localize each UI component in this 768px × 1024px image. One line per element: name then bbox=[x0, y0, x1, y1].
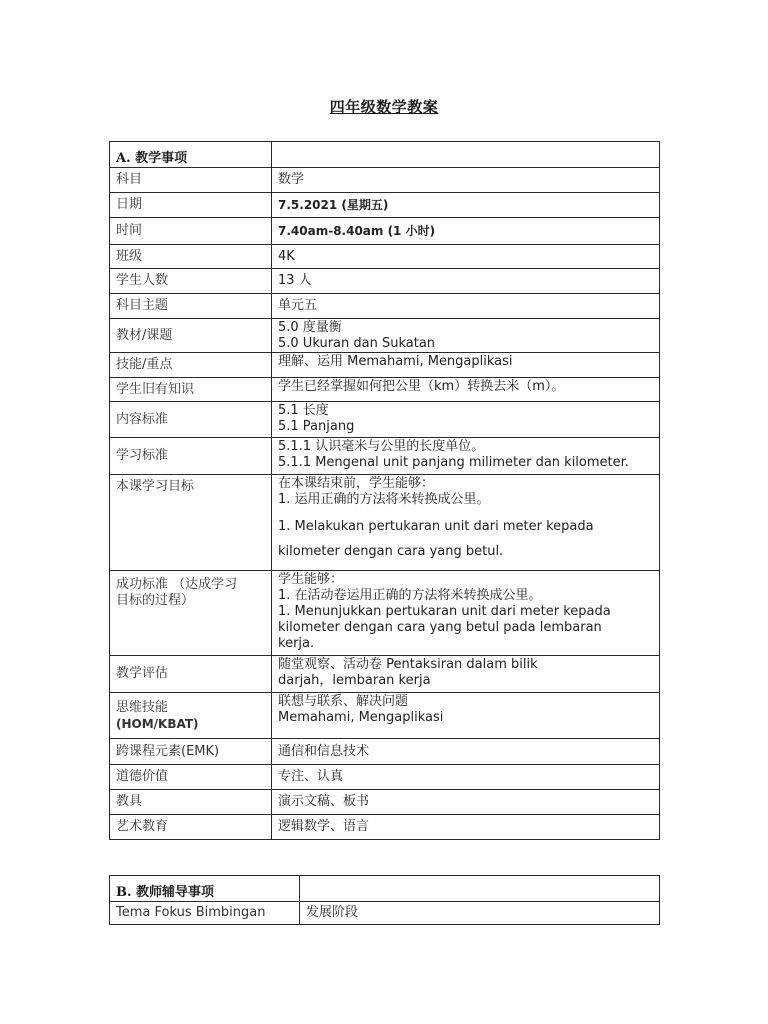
row-value-topic: 单元五 bbox=[272, 294, 660, 319]
row-label-prior-knowledge: 学生旧有知识 bbox=[110, 378, 272, 402]
table-row: 跨课程元素(EMK) 通信和信息技术 bbox=[110, 739, 660, 765]
row-label-content-standard: 内容标准 bbox=[110, 402, 272, 438]
row-label-student-count: 学生人数 bbox=[110, 269, 272, 294]
teaching-matters-table: A. 教学事项 科目 数学 日期 7.5.2021 (星期五) 时间 7.40a… bbox=[109, 141, 660, 840]
value-line: kilometer dengan cara yang betul. bbox=[278, 540, 653, 564]
row-label-class: 班级 bbox=[110, 245, 272, 269]
row-value-arts-education: 逻辑数学、语言 bbox=[272, 815, 660, 840]
page-title: 四年级数学教案 bbox=[0, 96, 768, 117]
label-line: 目标的过程） bbox=[116, 593, 265, 609]
value-line: 5.1.1 Mengenal unit panjang milimeter da… bbox=[278, 455, 653, 471]
row-value-moral-values: 专注、认真 bbox=[272, 765, 660, 790]
row-label-objectives: 本课学习目标 bbox=[110, 475, 272, 571]
value-line: 5.0 度量衡 bbox=[278, 320, 653, 336]
row-label-assessment: 教学评估 bbox=[110, 656, 272, 693]
table-row: 学习标准 5.1.1 认识毫米与公里的长度单位。 5.1.1 Mengenal … bbox=[110, 438, 660, 475]
row-label-material: 教材/课题 bbox=[110, 319, 272, 353]
table-row: 成功标准 （达成学习 目标的过程） 学生能够： 1. 在活动卷运用正确的方法将米… bbox=[110, 571, 660, 656]
section-b-header: B. 教师辅导事项 bbox=[110, 876, 300, 902]
row-label-date: 日期 bbox=[110, 193, 272, 218]
value-line: 1. Melakukan pertukaran unit dari meter … bbox=[278, 514, 653, 540]
value-line: 随堂观察、活动卷 Pentaksiran dalam bilik bbox=[278, 657, 653, 673]
table-row: 班级 4K bbox=[110, 245, 660, 269]
value-line: kilometer dengan cara yang betul pada le… bbox=[278, 620, 653, 636]
table-row: 思维技能 (HOM/KBAT) 联想与联系、解决问题 Memahami, Men… bbox=[110, 693, 660, 739]
table-row: 时间 7.40am-8.40am (1 小时) bbox=[110, 218, 660, 245]
label-line: 思维技能 bbox=[116, 700, 265, 716]
table-row: 艺术教育 逻辑数学、语言 bbox=[110, 815, 660, 840]
row-value-objectives: 在本课结束前，学生能够： 1. 运用正确的方法将米转换成公里。 1. Melak… bbox=[272, 475, 660, 571]
value-line: 学生能够： bbox=[278, 572, 653, 588]
table-row: 内容标准 5.1 长度 5.1 Panjang bbox=[110, 402, 660, 438]
row-label-cross-curricular: 跨课程元素(EMK) bbox=[110, 739, 272, 765]
value-line: 5.0 Ukuran dan Sukatan bbox=[278, 336, 653, 352]
row-value-date: 7.5.2021 (星期五) bbox=[272, 193, 660, 218]
row-value-student-count: 13 人 bbox=[272, 269, 660, 294]
table-row: 日期 7.5.2021 (星期五) bbox=[110, 193, 660, 218]
section-header-row: A. 教学事项 bbox=[110, 142, 660, 168]
row-value-class: 4K bbox=[272, 245, 660, 269]
table-row: 技能/重点 理解、运用 Memahami, Mengaplikasi bbox=[110, 353, 660, 378]
row-value-time: 7.40am-8.40am (1 小时) bbox=[272, 218, 660, 245]
table-row: 学生人数 13 人 bbox=[110, 269, 660, 294]
row-value-material: 5.0 度量衡 5.0 Ukuran dan Sukatan bbox=[272, 319, 660, 353]
value-line: 5.1.1 认识毫米与公里的长度单位。 bbox=[278, 439, 653, 455]
row-label-skill: 技能/重点 bbox=[110, 353, 272, 378]
row-value-subject: 数学 bbox=[272, 168, 660, 193]
row-label-thinking-skills: 思维技能 (HOM/KBAT) bbox=[110, 693, 272, 739]
table-row: 道德价值 专注、认真 bbox=[110, 765, 660, 790]
table-row: 学生旧有知识 学生已经掌握如何把公里（km）转换去米（m）。 bbox=[110, 378, 660, 402]
row-label-time: 时间 bbox=[110, 218, 272, 245]
value-line: Memahami, Mengaplikasi bbox=[278, 710, 653, 726]
table-row: 教材/课题 5.0 度量衡 5.0 Ukuran dan Sukatan bbox=[110, 319, 660, 353]
table-row: 科目 数学 bbox=[110, 168, 660, 193]
value-line: kerja. bbox=[278, 636, 653, 652]
value-line: 1. Menunjukkan pertukaran unit dari mete… bbox=[278, 604, 653, 620]
value-line: darjah，lembaran kerja bbox=[278, 673, 653, 689]
value-line: 在本课结束前，学生能够： bbox=[278, 476, 653, 492]
table-row: 教具 演示文稿、板书 bbox=[110, 790, 660, 815]
table-row: 教学评估 随堂观察、活动卷 Pentaksiran dalam bilik da… bbox=[110, 656, 660, 693]
table-row: 本课学习目标 在本课结束前，学生能够： 1. 运用正确的方法将米转换成公里。 1… bbox=[110, 475, 660, 571]
row-value-success-criteria: 学生能够： 1. 在活动卷运用正确的方法将米转换成公里。 1. Menunjuk… bbox=[272, 571, 660, 656]
row-value-teaching-aids: 演示文稿、板书 bbox=[272, 790, 660, 815]
row-value-guidance-theme: 发展阶段 bbox=[300, 902, 660, 925]
row-value-learning-standard: 5.1.1 认识毫米与公里的长度单位。 5.1.1 Mengenal unit … bbox=[272, 438, 660, 475]
row-label-topic: 科目主题 bbox=[110, 294, 272, 319]
table-row: Tema Fokus Bimbingan 发展阶段 bbox=[110, 902, 660, 925]
row-label-teaching-aids: 教具 bbox=[110, 790, 272, 815]
value-line: 1. 运用正确的方法将米转换成公里。 bbox=[278, 492, 653, 508]
value-line: 联想与联系、解决问题 bbox=[278, 694, 653, 710]
value-line: 1. 在活动卷运用正确的方法将米转换成公里。 bbox=[278, 588, 653, 604]
row-value-skill: 理解、运用 Memahami, Mengaplikasi bbox=[272, 353, 660, 378]
section-a-header: A. 教学事项 bbox=[110, 142, 272, 168]
value-line: 5.1 Panjang bbox=[278, 419, 653, 435]
row-label-subject: 科目 bbox=[110, 168, 272, 193]
value-line: 5.1 长度 bbox=[278, 403, 653, 419]
row-value-assessment: 随堂观察、活动卷 Pentaksiran dalam bilik darjah，… bbox=[272, 656, 660, 693]
teacher-guidance-table: B. 教师辅导事项 Tema Fokus Bimbingan 发展阶段 bbox=[109, 875, 660, 925]
row-value-prior-knowledge: 学生已经掌握如何把公里（km）转换去米（m）。 bbox=[272, 378, 660, 402]
row-value-cross-curricular: 通信和信息技术 bbox=[272, 739, 660, 765]
row-label-guidance-theme: Tema Fokus Bimbingan bbox=[110, 902, 300, 925]
empty-cell bbox=[300, 876, 660, 902]
row-label-success-criteria: 成功标准 （达成学习 目标的过程） bbox=[110, 571, 272, 656]
table-row: 科目主题 单元五 bbox=[110, 294, 660, 319]
empty-cell bbox=[272, 142, 660, 168]
row-label-moral-values: 道德价值 bbox=[110, 765, 272, 790]
label-line: (HOM/KBAT) bbox=[116, 716, 265, 732]
row-label-learning-standard: 学习标准 bbox=[110, 438, 272, 475]
section-header-row: B. 教师辅导事项 bbox=[110, 876, 660, 902]
row-label-arts-education: 艺术教育 bbox=[110, 815, 272, 840]
row-value-thinking-skills: 联想与联系、解决问题 Memahami, Mengaplikasi bbox=[272, 693, 660, 739]
row-value-content-standard: 5.1 长度 5.1 Panjang bbox=[272, 402, 660, 438]
label-line: 成功标准 （达成学习 bbox=[116, 577, 265, 593]
